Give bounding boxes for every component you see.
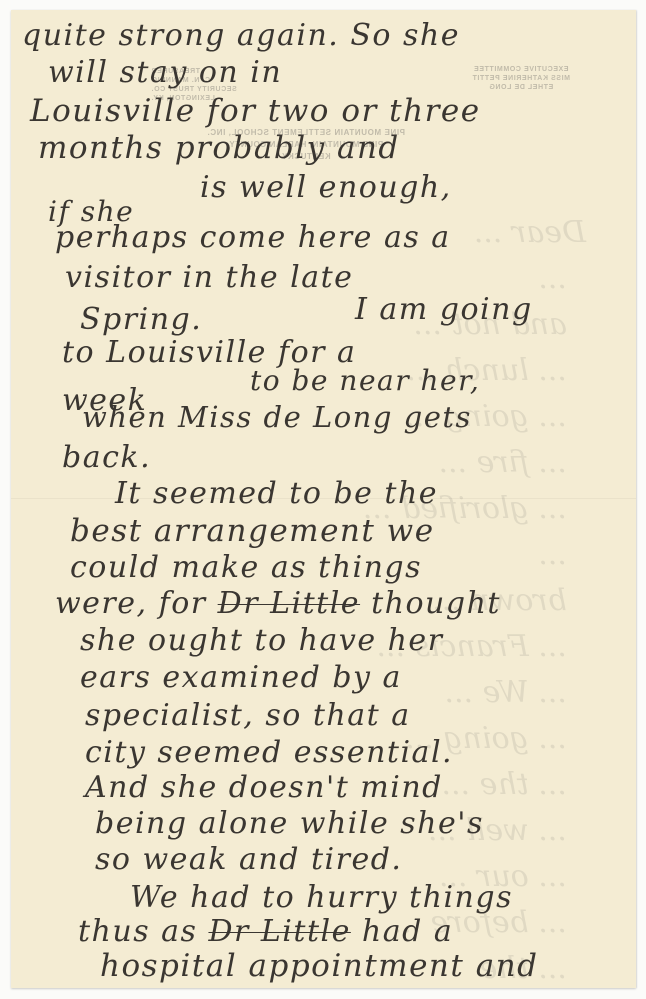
handwritten-body: quite strong again. So shewill stay on i… [11, 10, 636, 988]
handwritten-line: ears examined by a [80, 660, 402, 695]
handwritten-line: when Miss de Long gets [82, 400, 472, 434]
handwritten-line: specialist, so that a [85, 698, 411, 733]
struck-text: Dr Little [208, 914, 350, 949]
handwritten-line: We had to hurry things [130, 880, 513, 915]
handwritten-line: It seemed to be the [115, 476, 438, 511]
handwritten-line: quite strong again. So she [22, 18, 460, 53]
handwritten-line: thus as Dr Little had a [78, 914, 453, 949]
handwritten-line: visitor in the late [65, 260, 353, 295]
handwritten-line: Spring. [80, 302, 202, 337]
handwritten-line: so weak and tired. [95, 842, 402, 877]
handwritten-line: months probably and [38, 130, 400, 166]
letter-page: TREASURER C. N. MANNING SECURITY TRUST C… [11, 10, 636, 988]
handwritten-line: I am going [355, 292, 533, 327]
handwritten-line: city seemed essential. [85, 735, 453, 770]
handwritten-line: she ought to have her [80, 623, 444, 658]
handwritten-line: is well enough, [200, 170, 452, 205]
handwritten-line: best arrangement we [70, 513, 435, 549]
handwritten-line: perhaps come here as a [55, 220, 451, 255]
handwritten-line: will stay on in [48, 55, 282, 90]
handwritten-line: And she doesn't mind [85, 770, 443, 805]
handwritten-line: hospital appointment and [100, 948, 539, 984]
handwritten-line: were, for Dr Little thought [55, 586, 501, 621]
struck-text: Dr Little [218, 586, 360, 621]
handwritten-line: back. [62, 440, 151, 475]
handwritten-line: could make as things [70, 550, 422, 585]
handwritten-line: being alone while she's [95, 806, 484, 841]
handwritten-line: Louisville for two or three [30, 93, 481, 129]
handwritten-line: to be near her, [250, 364, 480, 397]
